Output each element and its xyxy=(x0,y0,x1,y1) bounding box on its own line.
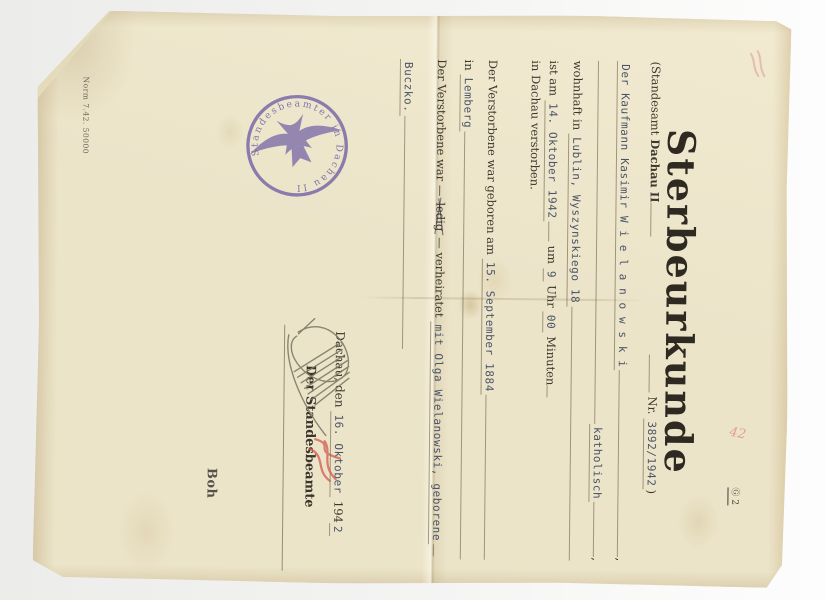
death-date-label: ist am xyxy=(546,60,561,96)
clerk-initials: Boh xyxy=(203,468,218,499)
blank-line xyxy=(594,61,615,424)
born-label: Der Verstorbene war geboren am xyxy=(483,60,500,255)
year-typed: 2 xyxy=(329,523,345,536)
close-paren: ) xyxy=(643,489,658,494)
marital-mid-label: — verheiratet xyxy=(431,237,447,317)
spouse-birthname: Buczko. xyxy=(399,59,416,116)
standesamt-label: (Standesamt xyxy=(647,61,663,135)
birth-place-line: in Lemberg xyxy=(455,59,482,559)
birth-date: 15. September 1884 xyxy=(480,259,497,395)
year-printed: 194 xyxy=(330,501,345,523)
minuten-label: Minuten xyxy=(543,336,559,385)
certificate-number-line: Nr. 3892/1942 ) xyxy=(642,354,666,561)
residence-label: wohnhaft in xyxy=(569,61,585,131)
blank-line xyxy=(402,115,421,349)
blank-line xyxy=(548,222,565,242)
registry-office-line: (Standesamt Dachau II xyxy=(646,61,669,219)
printed-comma: , xyxy=(613,557,628,561)
marital-single-crossed: ledig xyxy=(432,200,447,233)
residence-value: Lublin, Wyszynskiego 18 xyxy=(566,134,584,306)
deceased-name-line: Der Kaufmann Kasimir W i e l a n o w s k… xyxy=(612,61,639,561)
death-minute: 00 xyxy=(542,312,558,333)
red-pencil-mark xyxy=(301,431,354,490)
marital-pre-label: Der Verstorbene war — xyxy=(433,59,449,196)
blank-line xyxy=(546,385,563,397)
folded-corner xyxy=(38,10,115,99)
blank-line xyxy=(649,354,666,392)
scanned-death-certificate: Sterbeurkunde (Standesamt Dachau II Nr. … xyxy=(0,0,825,600)
deceased-name: Der Kaufmann Kasimir W i e l a n o w s k… xyxy=(614,61,633,371)
number-label: Nr. xyxy=(644,396,659,414)
death-place: in Dachau verstorben. xyxy=(527,60,543,190)
certificate-paper: Sterbeurkunde (Standesamt Dachau II Nr. … xyxy=(33,10,792,588)
in-label: in xyxy=(461,60,476,71)
um-label: um xyxy=(544,246,559,264)
form-print-note: Norm 7.42. 50000 xyxy=(81,77,91,155)
red-handwritten-note: 42 xyxy=(728,425,747,443)
marital-status-line: Der Verstorbene war — ledig — verheirate… xyxy=(428,59,455,559)
blank-line xyxy=(593,502,611,557)
official-stamp: Standesbeamter in Dachau II xyxy=(225,74,369,218)
blank-line xyxy=(617,371,636,558)
birth-date-line: Der Verstorbene war geboren am 15. Septe… xyxy=(479,60,506,560)
blank-line xyxy=(460,131,481,559)
printed-comma: , xyxy=(589,557,604,561)
red-corner-mark xyxy=(740,45,776,83)
certificate-number: 3892/1942 xyxy=(643,418,660,489)
printer-mark: Ⓖ 2 xyxy=(727,487,742,505)
uhr-label: Uhr xyxy=(543,285,558,308)
blank-line xyxy=(433,544,450,556)
registry-office: Dachau II xyxy=(647,139,663,203)
death-date-line: ist am 14. Oktober 1942 um 9 Uhr 00 Minu… xyxy=(540,60,567,560)
death-hour: 9 xyxy=(543,268,559,281)
religion: katholisch xyxy=(588,424,605,502)
death-date: 14. Oktober 1942 xyxy=(543,100,560,222)
spouse-name: mit Olga Wielanowski, geborene xyxy=(428,321,446,544)
spouse-birthname-line: Buczko. xyxy=(397,59,422,349)
residence-line: wohnhaft in Lublin, Wyszynskiego 18 xyxy=(564,61,591,561)
blank-line xyxy=(650,203,667,237)
birth-place: Lemberg xyxy=(459,75,476,132)
blank-line xyxy=(569,306,589,561)
religion-line: katholisch , xyxy=(588,61,615,561)
blank-line xyxy=(484,395,503,560)
